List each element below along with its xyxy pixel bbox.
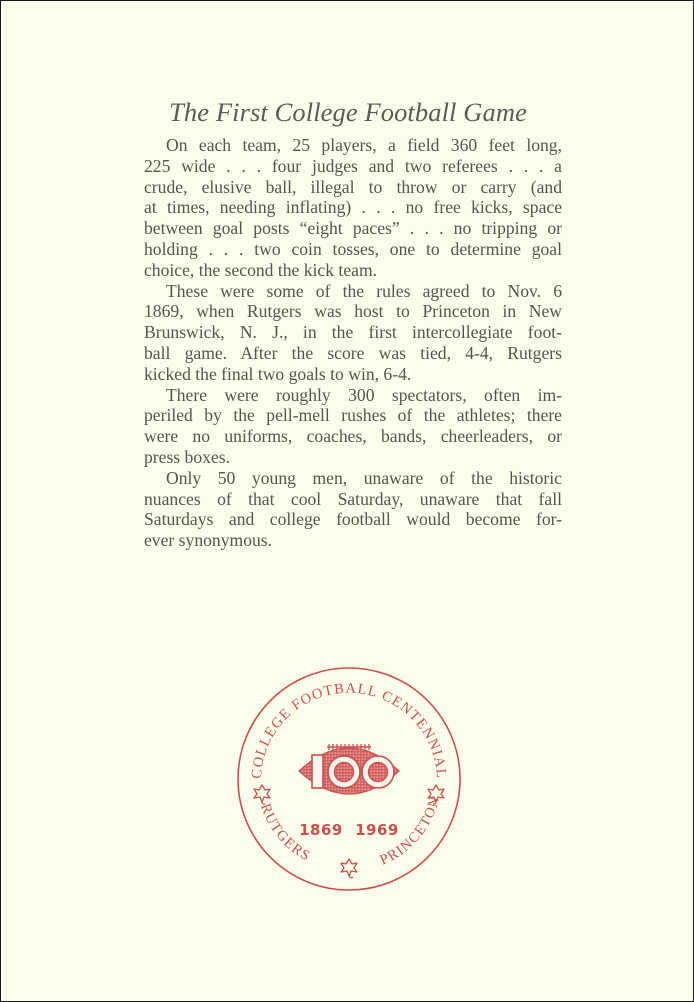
article-body: On each team, 25 players, a field 360 fe… (144, 135, 562, 551)
text-line: ever synonymous. (144, 530, 562, 551)
year-start: 1869 (299, 821, 343, 839)
ivy-leaf-icon (341, 859, 357, 878)
text-line: ball game. After the score was tied, 4-4… (144, 343, 562, 364)
text-line: These were some of the rules agreed to N… (144, 281, 562, 302)
seal-emblem: COLLEGE FOOTBALL CENTENNIAL RUTGERS PRIN… (235, 665, 463, 893)
text-line: nuances of that cool Saturday, unaware t… (144, 489, 562, 510)
text-line: On each team, 25 players, a field 360 fe… (144, 135, 562, 156)
page-title: The First College Football Game (1, 97, 694, 128)
year-end: 1969 (355, 821, 399, 839)
centennial-seal: COLLEGE FOOTBALL CENTENNIAL RUTGERS PRIN… (235, 665, 463, 893)
text-line: kicked the final two goals to win, 6-4. (144, 364, 562, 385)
text-line: 1869, when Rutgers was host to Princeton… (144, 301, 562, 322)
text-line: Only 50 young men, unaware of the histor… (144, 468, 562, 489)
text-line: press boxes. (144, 447, 562, 468)
text-line: 225 wide . . . four judges and two refer… (144, 156, 562, 177)
paragraph: Only 50 young men, unaware of the histor… (144, 468, 562, 551)
text-line: were no uniforms, coaches, bands, cheerl… (144, 426, 562, 447)
text-line: holding . . . two coin tosses, one to de… (144, 239, 562, 260)
text-line: choice, the second the kick team. (144, 260, 562, 281)
text-line: Brunswick, N. J., in the first intercoll… (144, 322, 562, 343)
ivy-leaf-icon (254, 785, 270, 804)
text-line: crude, elusive ball, illegal to throw or… (144, 177, 562, 198)
paragraph: These were some of the rules agreed to N… (144, 281, 562, 385)
text-line: periled by the pell-mell rushes of the a… (144, 405, 562, 426)
text-line: between goal posts “eight paces” . . . n… (144, 218, 562, 239)
football-icon (299, 744, 399, 794)
text-line: Saturdays and college football would bec… (144, 509, 562, 530)
paragraph: There were roughly 300 spectators, often… (144, 385, 562, 468)
text-line: at times, needing inflating) . . . no fr… (144, 197, 562, 218)
document-page: The First College Football Game On each … (0, 0, 694, 1002)
paragraph: On each team, 25 players, a field 360 fe… (144, 135, 562, 281)
text-line: There were roughly 300 spectators, often… (144, 385, 562, 406)
